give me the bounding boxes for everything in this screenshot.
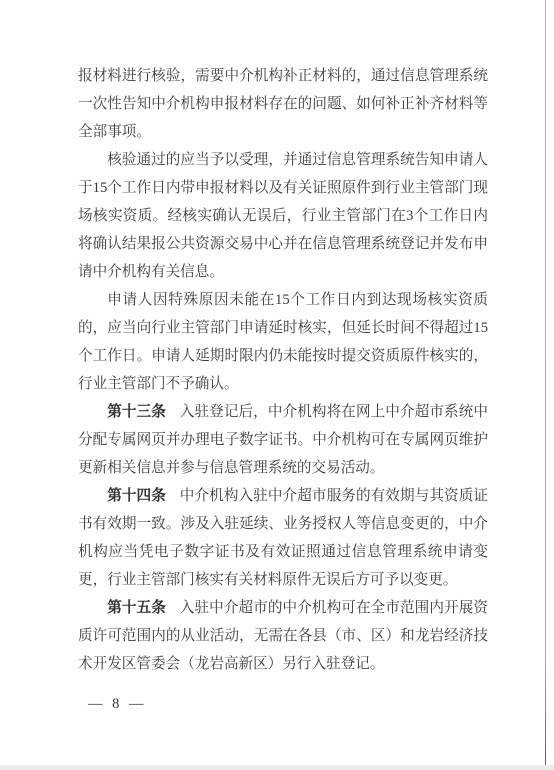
paragraph: 申请人因特殊原因未能在15个工作日内到达现场核实资质的，应当向行业主管部门申请延…	[78, 286, 488, 398]
paragraph-article-13: 第十三条入驻登记后，中介机构将在网上中介超市系统中分配专属网页并办理电子数字证书…	[78, 398, 488, 482]
paragraph-text: 申请人因特殊原因未能在15个工作日内到达现场核实资质的，应当向行业主管部门申请延…	[78, 292, 488, 392]
document-page: 报材料进行核验，需要中介机构补正材料的，通过信息管理系统一次性告知中介机构申报材…	[0, 0, 554, 770]
article-number-label: 第十四条	[107, 488, 166, 504]
paragraph-article-14: 第十四条中介机构入驻中介超市服务的有效期与其资质证书有效期一致。涉及入驻延续、业…	[78, 482, 488, 594]
paragraph-text: 核验通过的应当予以受理，并通过信息管理系统告知申请人于15个工作日内带申报材料以…	[78, 152, 488, 280]
paragraph: 报材料进行核验，需要中介机构补正材料的，通过信息管理系统一次性告知中介机构申报材…	[78, 62, 488, 146]
page-edge-line	[545, 0, 546, 770]
paragraph-article-15: 第十五条入驻中介超市的中介机构可在全市范围内开展资质许可范围内的从业活动，无需在…	[78, 594, 488, 678]
article-number-label: 第十五条	[107, 600, 166, 616]
page-bottom-strip	[0, 765, 554, 770]
document-body: 报材料进行核验，需要中介机构补正材料的，通过信息管理系统一次性告知中介机构申报材…	[78, 62, 488, 678]
paragraph: 核验通过的应当予以受理，并通过信息管理系统告知申请人于15个工作日内带申报材料以…	[78, 146, 488, 286]
article-number-label: 第十三条	[107, 404, 166, 420]
page-number: — 8 —	[88, 696, 147, 713]
paragraph-text: 报材料进行核验，需要中介机构补正材料的，通过信息管理系统一次性告知中介机构申报材…	[78, 68, 488, 140]
